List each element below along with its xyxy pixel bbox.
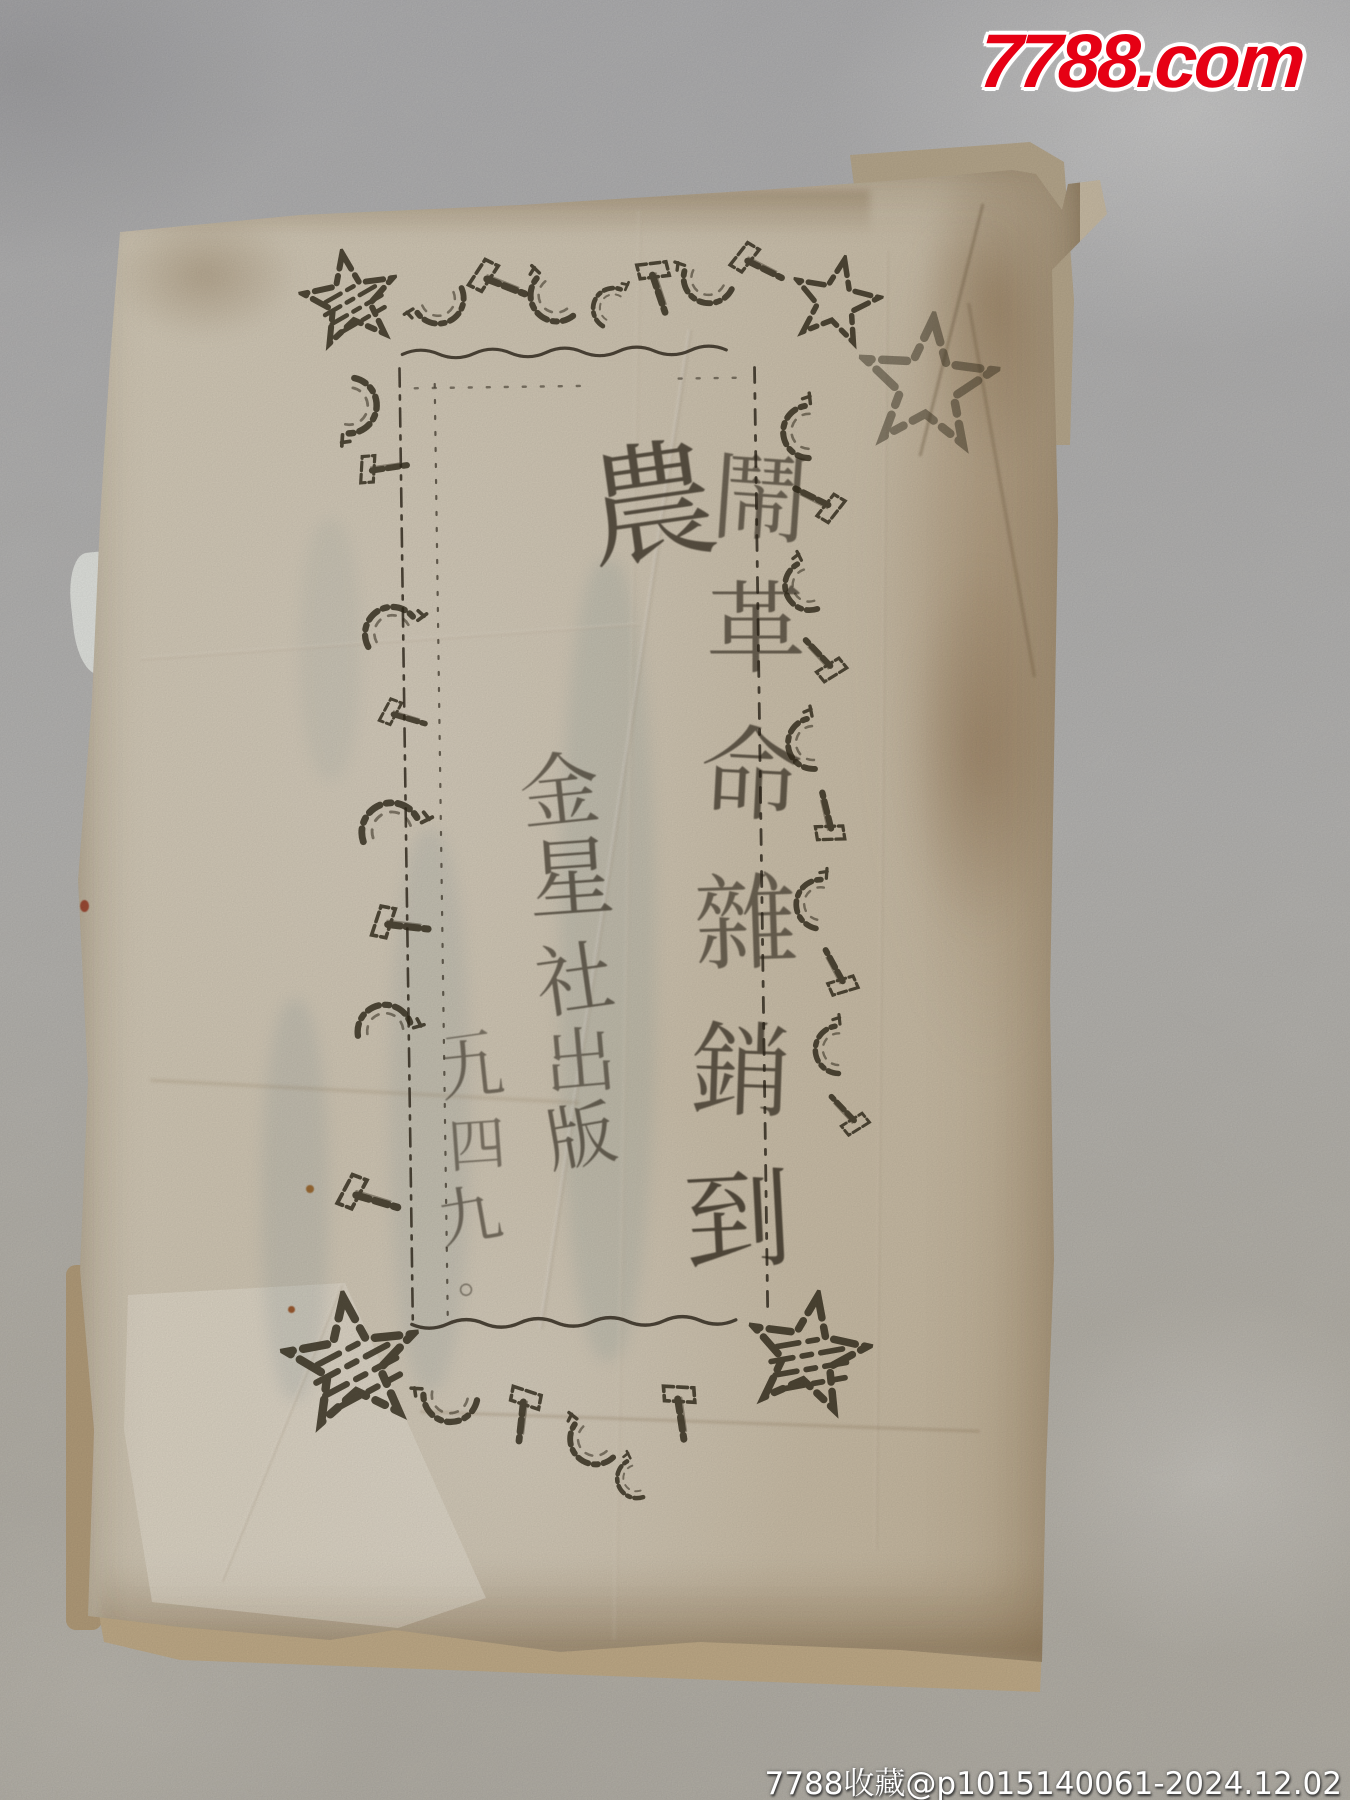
hammer-icon xyxy=(449,241,535,327)
star-icon xyxy=(292,240,408,356)
crease-line xyxy=(967,303,1036,678)
star-icon xyxy=(781,245,890,354)
title-character: 銷 xyxy=(688,1020,793,1125)
watermark-logo-text: 7788.com xyxy=(977,18,1306,105)
title-character: 雜 xyxy=(692,870,800,978)
red-speck xyxy=(80,900,89,912)
border-decoration-layer xyxy=(0,0,1350,1800)
date-character: 一 xyxy=(441,1013,493,1065)
publisher-character: 出 xyxy=(541,1023,619,1101)
sickle-icon xyxy=(583,277,641,335)
crease-line xyxy=(141,623,640,661)
hammer-icon xyxy=(363,683,433,753)
ink-bleed-through xyxy=(390,830,470,1390)
sickle-icon xyxy=(306,362,399,455)
star-icon xyxy=(273,1281,431,1439)
crease-line xyxy=(220,1284,343,1582)
hammer-icon xyxy=(813,946,872,1005)
hammer-icon xyxy=(316,1154,409,1247)
calligraphy-layer: 農鬧革命雜銷到金星社出版一九四九。 xyxy=(0,0,1350,1800)
publisher-character: 社 xyxy=(531,937,619,1025)
title-character: 革 xyxy=(706,580,806,680)
rust-speck xyxy=(306,1185,314,1193)
date-character: 四 xyxy=(446,1114,508,1176)
sickle-icon xyxy=(766,698,854,786)
hammer-icon xyxy=(635,1365,717,1447)
water-stain xyxy=(905,560,1055,940)
sickle-icon xyxy=(403,1353,493,1443)
hammer-icon xyxy=(342,436,414,508)
ink-bleed-through xyxy=(300,520,360,780)
date-character: 。 xyxy=(458,1256,502,1300)
publisher-character: 版 xyxy=(540,1096,621,1177)
sickle-icon xyxy=(397,261,479,343)
hammer-icon xyxy=(478,1366,563,1451)
hammer-icon xyxy=(350,884,437,971)
crease-line xyxy=(539,330,692,1329)
watermark-caption: 7788收藏@p1015140061-2024.12.02 xyxy=(0,1758,1342,1800)
crease-line xyxy=(614,210,642,1640)
sickle-icon xyxy=(340,982,433,1075)
star-icon xyxy=(851,305,1005,459)
cover-big-character: 農 xyxy=(578,432,725,579)
rust-speck xyxy=(288,1306,295,1313)
water-stain xyxy=(870,240,1070,1080)
sickle-icon xyxy=(777,861,859,943)
sickle-icon xyxy=(765,544,847,626)
crease-line xyxy=(919,203,985,456)
crease-line xyxy=(874,250,888,1550)
photo-background: 農鬧革命雜銷到金星社出版一九四九。 7788.com 7788收藏@p10151… xyxy=(0,0,1350,1800)
hammer-icon xyxy=(797,629,860,692)
sickle-icon xyxy=(668,242,744,318)
sickle-icon xyxy=(516,259,590,333)
hammer-icon xyxy=(615,245,688,318)
inner-frame xyxy=(358,315,802,1351)
fold-shadow xyxy=(110,210,300,340)
dog-ear-flap xyxy=(0,0,1350,1800)
sickle-icon xyxy=(343,779,441,877)
sickle-icon xyxy=(795,1007,877,1089)
ink-bleed-through xyxy=(262,1000,328,1400)
date-character: 九 xyxy=(433,1181,507,1255)
edge-shading xyxy=(110,190,870,236)
sickle-icon xyxy=(601,1445,667,1511)
sickle-icon xyxy=(350,588,435,673)
sickle-icon xyxy=(558,1406,625,1473)
title-character: 到 xyxy=(681,1165,795,1279)
hammer-icon xyxy=(786,462,862,538)
hammer-icon xyxy=(712,226,791,305)
crease-line xyxy=(420,1410,980,1433)
star-icon xyxy=(735,1279,881,1425)
title-character: 命 xyxy=(697,723,804,830)
teal-scribble xyxy=(1060,295,1190,355)
publisher-character: 金 xyxy=(516,748,604,836)
booklet-cover: 農鬧革命雜銷到金星社出版一九四九。 xyxy=(0,0,1350,1800)
publisher-character: 星 xyxy=(525,833,617,925)
date-character: 九 xyxy=(437,1037,507,1107)
ink-bleed-through xyxy=(560,560,655,1360)
hammer-icon xyxy=(796,786,868,858)
title-character: 鬧 xyxy=(709,449,811,551)
crease-line xyxy=(150,1079,580,1105)
watermark-logo: 7788.com xyxy=(976,2,1350,120)
sickle-icon xyxy=(761,385,851,475)
hammer-icon xyxy=(823,1086,881,1144)
